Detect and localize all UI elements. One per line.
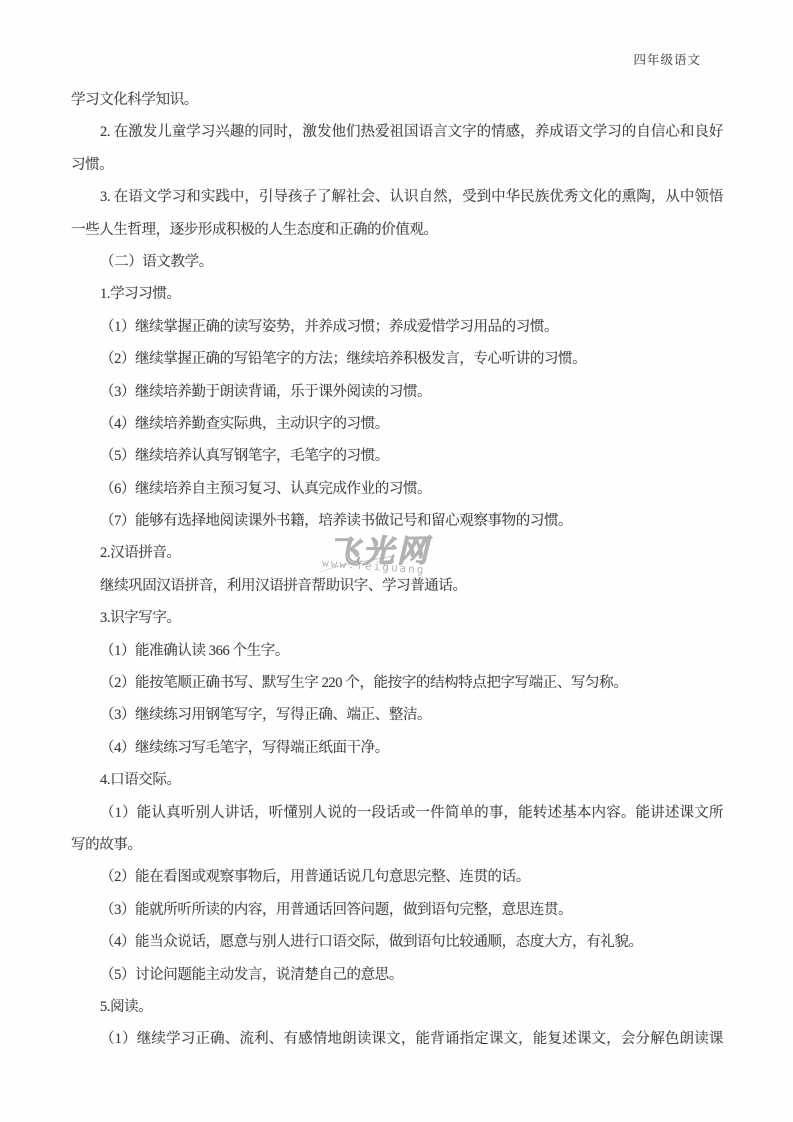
text-line: （1）能认真听别人讲话，听懂别人说的一段话或一件简单的事，能转述基本内容。能讲述… bbox=[71, 797, 723, 829]
text-line: 继续巩固汉语拼音，利用汉语拼音帮助识字、学习普通话。 bbox=[71, 570, 723, 602]
text-line: 2. 在激发儿童学习兴趣的同时，激发他们热爱祖国语言文字的情感，养成语文学习的自… bbox=[71, 116, 723, 148]
text-line: （5）继续培养认真写钢笔字，毛笔字的习惯。 bbox=[71, 440, 723, 472]
document-body: 学习文化科学知识。2. 在激发儿童学习兴趣的同时，激发他们热爱祖国语言文字的情感… bbox=[71, 84, 723, 1056]
text-line: （1）能准确认读 366 个生字。 bbox=[71, 635, 723, 667]
text-line: （4）继续练习写毛笔字，写得端正纸面干净。 bbox=[71, 732, 723, 764]
text-line: 1.学习习惯。 bbox=[71, 278, 723, 310]
text-line: （2）能在看图或观察事物后，用普通话说几句意思完整、连贯的话。 bbox=[71, 861, 723, 893]
text-line: （二）语文教学。 bbox=[71, 246, 723, 278]
text-line: （4）能当众说话，愿意与别人进行口语交际，做到语句比较通顺，态度大方，有礼貌。 bbox=[71, 926, 723, 958]
text-line: 3. 在语文学习和实践中，引导孩子了解社会、认识自然，受到中华民族优秀文化的熏陶… bbox=[71, 181, 723, 213]
text-line: （3）继续练习用钢笔写字，写得正确、端正、整洁。 bbox=[71, 699, 723, 731]
text-line: 一些人生哲理，逐步形成积极的人生态度和正确的价值观。 bbox=[71, 214, 723, 246]
text-line: 4.口语交际。 bbox=[71, 764, 723, 796]
text-line: （7）能够有选择地阅读课外书籍，培养读书做记号和留心观察事物的习惯。 bbox=[71, 505, 723, 537]
document-page: 四年级语文 学习文化科学知识。2. 在激发儿童学习兴趣的同时，激发他们热爱祖国语… bbox=[0, 0, 793, 1122]
text-line: （2）继续掌握正确的写铅笔字的方法；继续培养积极发言，专心听讲的习惯。 bbox=[71, 343, 723, 375]
text-line: 写的故事。 bbox=[71, 829, 723, 861]
text-line: （1）继续掌握正确的读写姿势，并养成习惯；养成爱惜学习用品的习惯。 bbox=[71, 311, 723, 343]
text-line: （2）能按笔顺正确书写、默写生字 220 个，能按字的结构特点把字写端正、写匀称… bbox=[71, 667, 723, 699]
text-line: 5.阅读。 bbox=[71, 991, 723, 1023]
text-line: （4）继续培养勤查实际典，主动识字的习惯。 bbox=[71, 408, 723, 440]
text-line: 2.汉语拼音。 bbox=[71, 537, 723, 569]
text-line: 学习文化科学知识。 bbox=[71, 84, 723, 116]
page-header-subject: 四年级语文 bbox=[633, 50, 701, 68]
text-line: 习惯。 bbox=[71, 149, 723, 181]
text-line: （6）继续培养自主预习复习、认真完成作业的习惯。 bbox=[71, 473, 723, 505]
text-line: （5）讨论问题能主动发言，说清楚自己的意思。 bbox=[71, 959, 723, 991]
text-line: （3）能就所听所读的内容，用普通话回答问题，做到语句完整，意思连贯。 bbox=[71, 894, 723, 926]
text-line: 3.识字写字。 bbox=[71, 602, 723, 634]
text-line: （1）继续学习正确、流利、有感情地朗读课文，能背诵指定课文，能复述课文，会分解色… bbox=[71, 1023, 723, 1055]
text-line: （3）继续培养勤于朗读背诵，乐于课外阅读的习惯。 bbox=[71, 376, 723, 408]
